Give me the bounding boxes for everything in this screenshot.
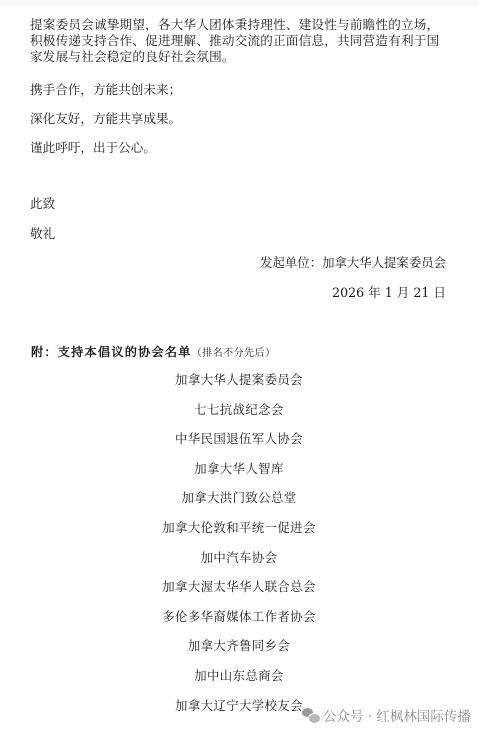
line-friendship: 深化友好，方能共享成果。 [30, 111, 181, 127]
organization-item: 加拿大齐鲁同乡会 [0, 638, 478, 668]
line-appeal: 谨此呼吁，出于公心。 [30, 140, 156, 156]
organization-item: 加拿大华人提案委员会 [0, 372, 478, 402]
appendix-title: 附：支持本倡议的协会名单（排名不分先后） [31, 343, 276, 360]
organization-item: 多伦多华裔媒体工作者协会 [0, 609, 478, 639]
line-cooperation: 携手合作，方能共创未来； [30, 82, 181, 98]
watermark-text: 公众号 · 红枫林国际传播 [323, 705, 471, 725]
organization-item: 加中山东总商会 [0, 668, 478, 698]
wechat-icon [302, 708, 319, 723]
salutation-jingli: 敬礼 [30, 226, 55, 242]
organization-item: 加拿大洪门致公总堂 [0, 490, 478, 520]
initiator-signature: 发起单位：加拿大华人提案委员会 [260, 255, 446, 271]
wechat-watermark: 公众号 · 红枫林国际传播 [302, 705, 471, 725]
organization-list: 加拿大华人提案委员会 七七抗战纪念会 中华民国退伍军人协会 加拿大华人智库 加拿… [0, 372, 478, 727]
appendix-note: （排名不分先后） [192, 348, 276, 359]
organization-item: 中华民国退伍军人协会 [0, 431, 478, 461]
organization-item: 加拿大渥太华华人联合总会 [0, 579, 478, 609]
organization-item: 加中汽车协会 [0, 550, 478, 580]
appendix-title-text: 附：支持本倡议的协会名单 [31, 345, 192, 359]
opening-paragraph: 提案委员会诚挚期望，各大华人团体秉持理性、建设性与前瞻性的立场，积极传递支持合作… [30, 17, 450, 65]
organization-item: 七七抗战纪念会 [0, 402, 478, 432]
letter-date: 2026 年 1 月 21 日 [332, 285, 446, 301]
organization-item: 加拿大伦敦和平统一促进会 [0, 520, 478, 550]
organization-item: 加拿大华人智库 [0, 461, 478, 491]
salutation-cizhi: 此致 [30, 196, 55, 212]
top-edge [0, 0, 478, 6]
